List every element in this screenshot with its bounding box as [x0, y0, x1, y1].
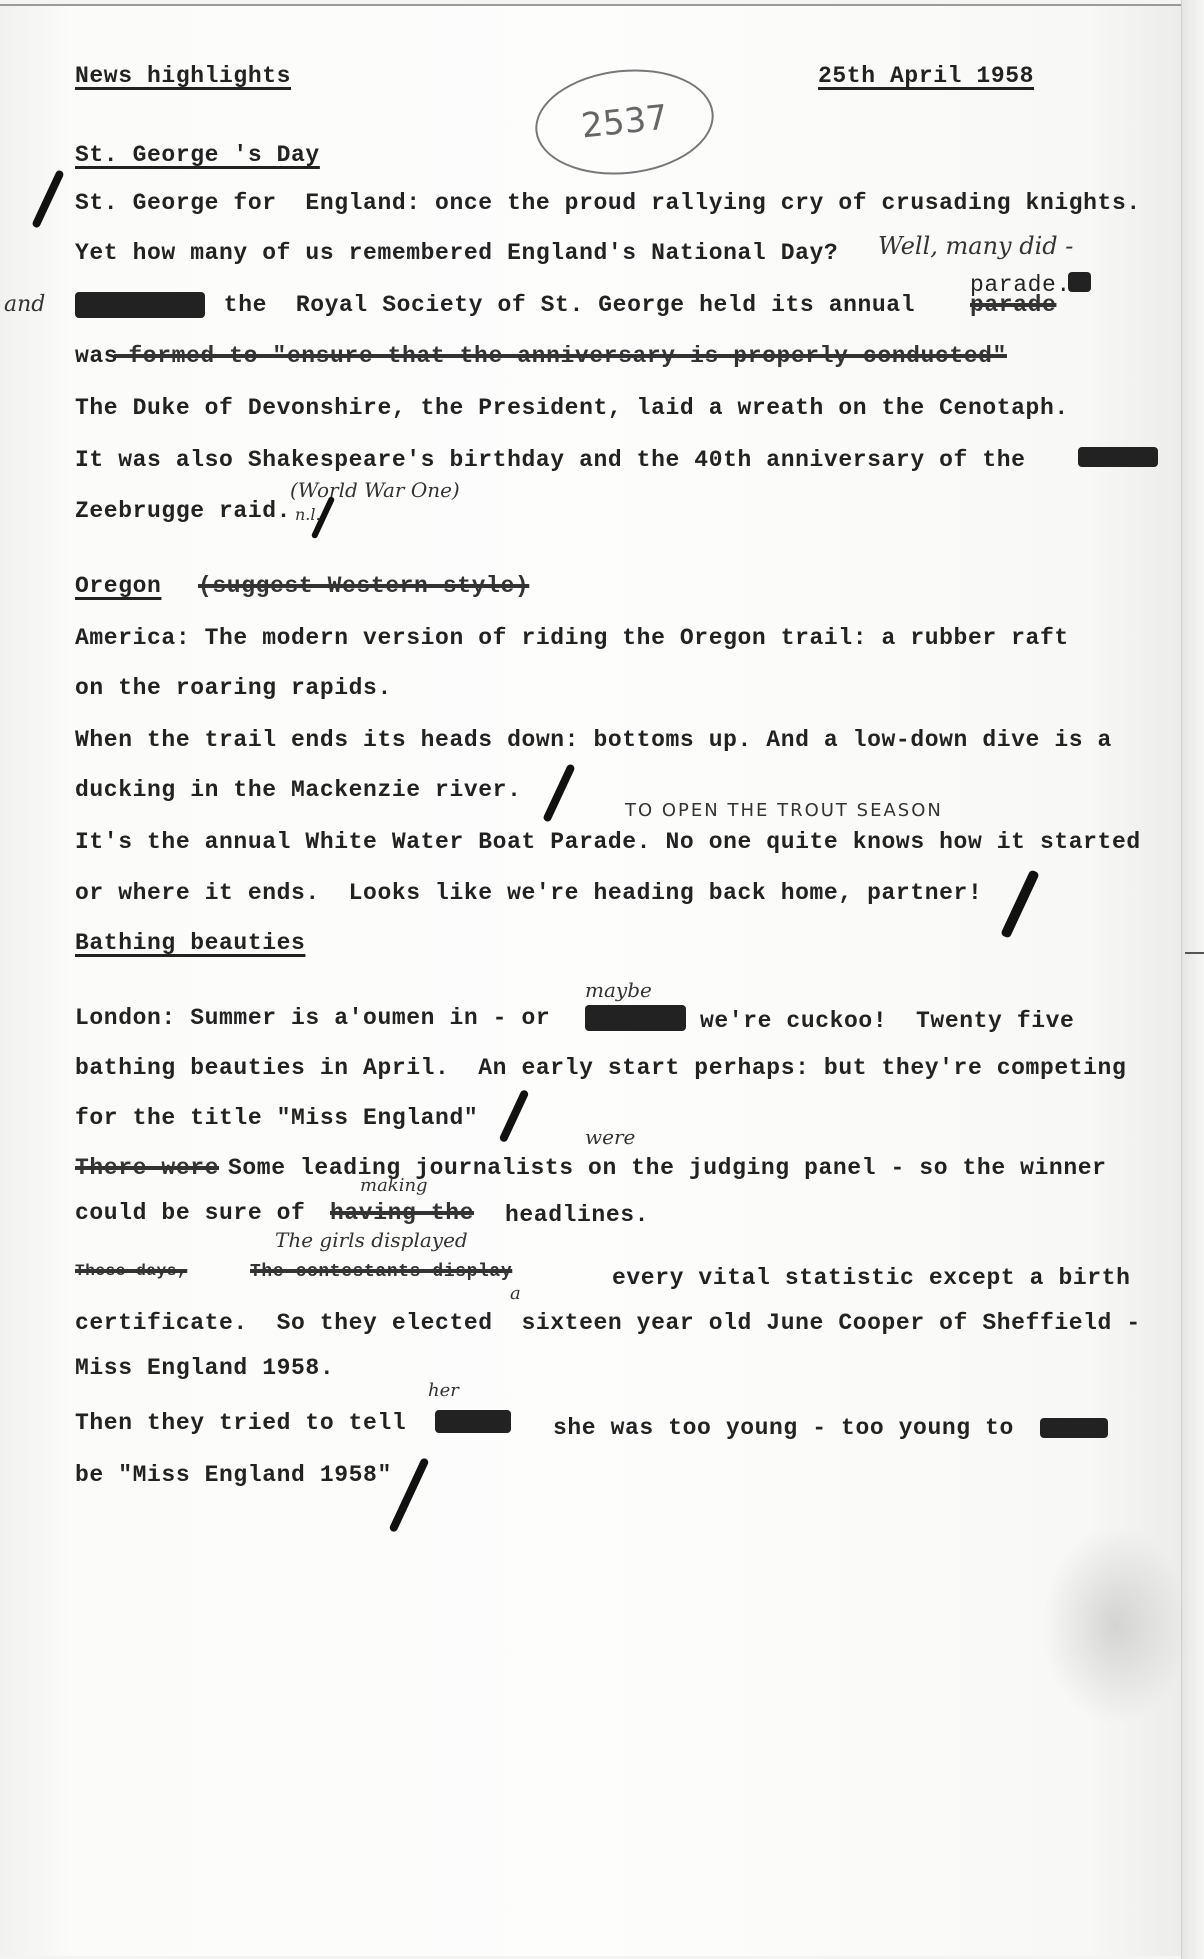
struck-word: It [1068, 272, 1091, 292]
paragraph-line: It's the annual White Water Boat Parade.… [75, 829, 1141, 855]
paragraph-line: Miss England 1958. [75, 1355, 334, 1381]
paragraph-line: Then they tried to tell [75, 1410, 406, 1436]
paragraph-line: When the trail ends its heads down: bott… [75, 727, 1112, 753]
paragraph-line: or where it ends. Looks like we're headi… [75, 880, 982, 906]
struck-word: There were [75, 1155, 219, 1181]
struck-word: parade [970, 292, 1056, 318]
paragraph-line: The Duke of Devonshire, the President, l… [75, 395, 1069, 421]
struck-word: having the [330, 1200, 474, 1226]
handwritten-insertion: and [4, 292, 45, 317]
handwritten-insertion: (World War One) [290, 478, 460, 502]
handwritten-insertion: a [510, 1283, 521, 1304]
paragraph-line: every vital statistic except a birth [612, 1265, 1130, 1291]
struck-word: really [1040, 1418, 1108, 1438]
paragraph-line: , the Royal Society of St. George held i… [195, 292, 915, 318]
paragraph-line: could be sure of [75, 1200, 305, 1226]
section-heading-st-george: St. George 's Day [75, 142, 320, 168]
paragraph-line: bathing beauties in April. An early star… [75, 1055, 1126, 1081]
handwritten-insertion: maybe [585, 978, 652, 1002]
paragraph-line: Zeebrugge raid. [75, 498, 291, 524]
document-title: News highlights [75, 63, 291, 89]
struck-clause: The contestants display [250, 1262, 512, 1282]
paragraph-line: ducking in the Mackenzie river. [75, 777, 521, 803]
struck-clause: formed to "ensure that the anniversary i… [114, 343, 1007, 369]
paragraph-line: St. George for England: once the proud r… [75, 190, 1141, 216]
paragraph-line: for the title "Miss England" [75, 1105, 478, 1131]
struck-word: Of course [75, 292, 205, 318]
handwritten-insertion: her [428, 1380, 459, 1401]
struck-note: (suggest Western style) [198, 573, 529, 599]
paragraph-line: be "Miss England 1958" [75, 1462, 392, 1488]
paragraph-line: America: The modern version of riding th… [75, 625, 1069, 651]
paragraph-line: Yet how many of us remembered England's … [75, 240, 838, 266]
paragraph-line: It was also Shakespeare's birthday and t… [75, 447, 1026, 473]
paper-stain [1040, 1525, 1190, 1725]
handwritten-insertion: TO OPEN THE TROUT SEASON [625, 800, 943, 821]
handwritten-insertion: The girls displayed [275, 1228, 468, 1252]
struck-word: perhaps [585, 1005, 686, 1031]
handwritten-insertion: making [360, 1175, 428, 1196]
paragraph-line: certificate. So they elected sixteen yea… [75, 1310, 1141, 1336]
section-heading-bathing-beauties: Bathing beauties [75, 930, 305, 956]
struck-word: These days, [75, 1262, 187, 1280]
document-date: 25th April 1958 [818, 63, 1034, 89]
handwritten-insertion: Well, many did - [878, 232, 1073, 260]
paragraph-line: we're cuckoo! Twenty five [700, 1008, 1074, 1034]
handwritten-insertion: were [585, 1125, 635, 1149]
reference-number: 2537 [579, 98, 669, 147]
paragraph-line: headlines. [505, 1202, 649, 1228]
section-heading-oregon: Oregon [75, 573, 161, 599]
fold-mark [1185, 952, 1204, 954]
struck-word: Zeebrug [1078, 447, 1158, 467]
paragraph-line: was [75, 343, 118, 369]
paragraph-line: London: Summer is a'oumen in - or [75, 1005, 550, 1031]
paragraph-line: she was too young - too young to [553, 1415, 1014, 1441]
struck-word: mother [435, 1410, 511, 1433]
paragraph-line: on the roaring rapids. [75, 675, 392, 701]
